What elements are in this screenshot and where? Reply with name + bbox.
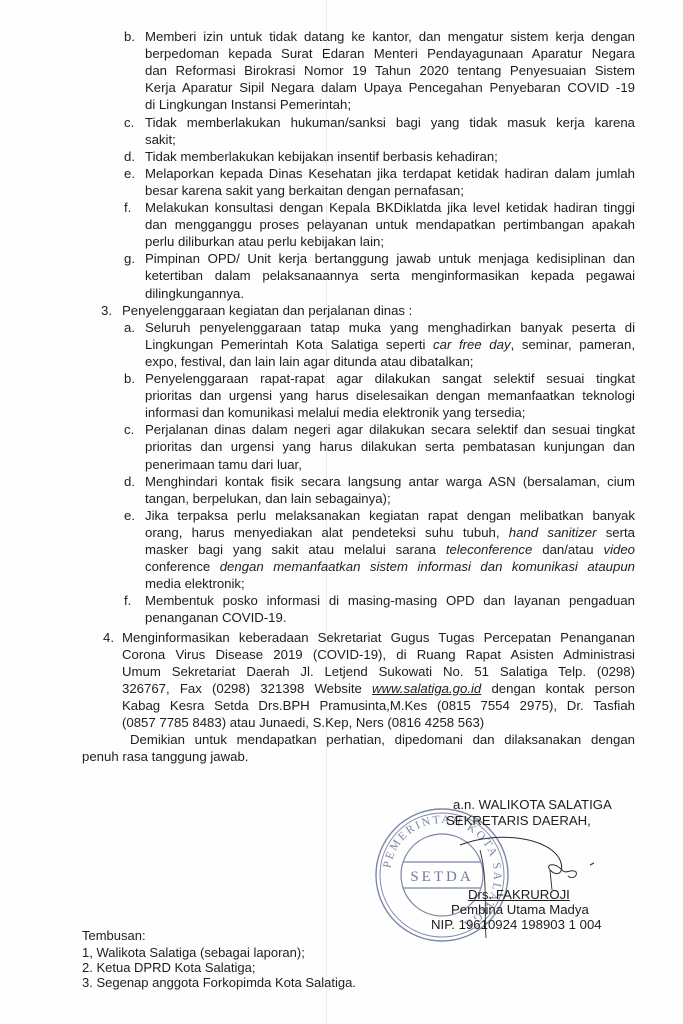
section2-item-line: sakit; <box>145 131 176 148</box>
section3-item-line: penerimaan tamu dari luar, <box>145 456 302 473</box>
section2-item-line: besar karena sakit yang berkaitan dengan… <box>145 182 464 199</box>
section2-item-line: dilingkungannya. <box>145 285 244 302</box>
section3-item-line: Penyelenggaraan rapat-rapat agar dilakuk… <box>145 370 635 387</box>
section2-item-label: g. <box>124 250 135 267</box>
section4-line: 326767, Fax (0298) 321398 Website www.sa… <box>122 680 635 697</box>
section2-item-line: Pimpinan OPD/ Unit kerja bertanggung jaw… <box>145 250 635 267</box>
section2-item-label: d. <box>124 148 135 165</box>
section3-item-line: Seluruh penyelenggaraan tatap muka yang … <box>145 319 635 336</box>
section4-line: Kabag Kesra Setda Drs.BPH Pramusinta,M.K… <box>122 697 635 714</box>
section3-item-label: d. <box>124 473 135 490</box>
section2-item-line: ketertiban dalam pelaksanaannya serta me… <box>145 267 635 284</box>
section3-item-line: Menghindari kontak fisik secara langsung… <box>145 473 635 490</box>
section3-item-line: conference dengan memanfaatkan sistem in… <box>145 558 635 575</box>
section2-item-label: b. <box>124 28 135 45</box>
section2-item-line: Memberi izin untuk tidak datang ke kanto… <box>145 28 635 45</box>
section3-item-line: Jika terpaksa perlu melaksanakan kegiata… <box>145 507 635 524</box>
section4-number: 4. <box>103 629 114 646</box>
section2-item-line: Kerja Aparatur Sipil Negara dalam Upaya … <box>145 79 635 96</box>
section3-number: 3. <box>101 302 112 319</box>
section2-item-line: Tidak memberlakukan hukuman/sanksi bagi … <box>145 114 635 131</box>
document-page: b.Memberi izin untuk tidak datang ke kan… <box>0 0 683 1024</box>
section3-item-line: prioritas dan urgensi yang harus diseles… <box>145 387 635 404</box>
section3-title: Penyelenggaraan kegiatan dan perjalanan … <box>122 302 412 319</box>
website-link[interactable]: www.salatiga.go.id <box>372 681 481 696</box>
cc-title: Tembusan: <box>82 928 146 944</box>
section3-item-line: orang, harus menyediakan alat pendeteksi… <box>145 524 635 541</box>
section3-item-line: Perjalanan dinas dalam negeri agar dilak… <box>145 421 635 438</box>
section3-item-line: media elektronik; <box>145 575 245 592</box>
section2-item-line: Tidak memberlakukan kebijakan insentif b… <box>145 148 498 165</box>
section4-line: (0857 7785 8483) atau Junaedi, S.Kep, Ne… <box>122 714 484 731</box>
section3-item-line: masker bagi yang sakit atau melalui sara… <box>145 541 635 558</box>
section2-item-label: e. <box>124 165 135 182</box>
section2-item-label: c. <box>124 114 134 131</box>
closing-line-2: penuh rasa tanggung jawab. <box>82 748 248 765</box>
section3-item-label: e. <box>124 507 135 524</box>
section2-item-line: Melaporkan kepada Dinas Kesehatan jika t… <box>145 165 635 182</box>
closing-line-1: Demikian untuk mendapatkan perhatian, di… <box>130 731 635 748</box>
section4-line: Corona Virus Disease 2019 (COVID-19), di… <box>122 646 635 663</box>
cc-item: 1, Walikota Salatiga (sebagai laporan); <box>82 945 305 961</box>
section2-item-line: Melakukan konsultasi dengan Kepala BKDik… <box>145 199 635 216</box>
cc-item: 3. Segenap anggota Forkopimda Kota Salat… <box>82 975 356 991</box>
signatory-nip: NIP. 19610924 198903 1 004 <box>431 917 602 933</box>
section2-item-line: perlu diliburkan atau perlu kebijakan la… <box>145 233 384 250</box>
section3-item-line: tangan, berpelukan, dan lain sebagainya)… <box>145 490 391 507</box>
section3-item-label: a. <box>124 319 135 336</box>
section2-item-line: dan Reformasi Birokrasi Nomor 19 Tahun 2… <box>145 62 635 79</box>
section2-item-line: dan mengganggu proses pelayanan untuk me… <box>145 216 635 233</box>
section2-item-line: di Lingkungan Instansi Pemerintah; <box>145 96 351 113</box>
signature-on-behalf: a.n. WALIKOTA SALATIGA <box>453 797 612 813</box>
section3-item-label: b. <box>124 370 135 387</box>
signatory-rank: Pembina Utama Madya <box>451 902 589 918</box>
section3-item-line: penanganan COVID-19. <box>145 609 287 626</box>
section2-item-line: berpedoman kepada Surat Edaran Menteri P… <box>145 45 635 62</box>
section4-line: Umum Sekretariat Daerah Jl. Letjend Suko… <box>122 663 635 680</box>
section3-item-line: informasi dan komunikasi melalui media e… <box>145 404 525 421</box>
signatory-name: Drs. FAKRUROJI <box>468 887 570 903</box>
section4-line: Menginformasikan keberadaan Sekretariat … <box>122 629 635 646</box>
section3-item-label: c. <box>124 421 134 438</box>
section2-item-label: f. <box>124 199 131 216</box>
section3-item-line: prioritas dan urgensi yang harus dilakuk… <box>145 438 635 455</box>
section3-item-label: f. <box>124 592 131 609</box>
section3-item-line: Lingkungan Pemerintah Kota Salatiga sepe… <box>145 336 635 353</box>
section3-item-line: Membentuk posko informasi di masing-masi… <box>145 592 635 609</box>
section3-item-line: expo, festival, dan lain lain agar ditun… <box>145 353 473 370</box>
cc-item: 2. Ketua DPRD Kota Salatiga; <box>82 960 255 976</box>
